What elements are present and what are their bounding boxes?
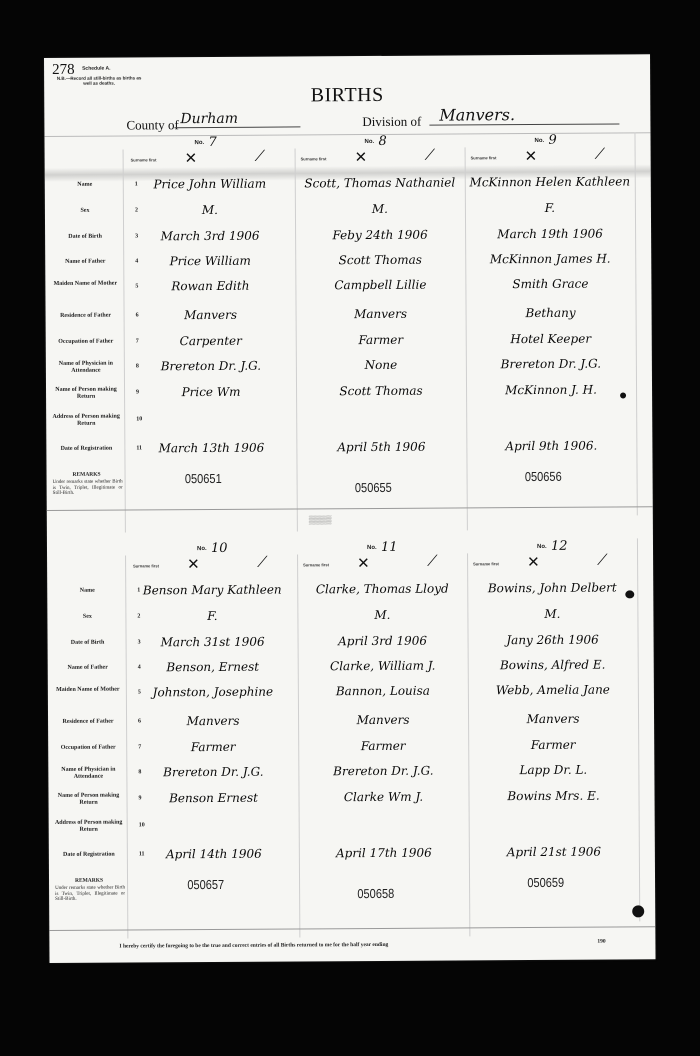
- record-occupation: Farmer: [128, 739, 298, 754]
- record-physician: Brereton Dr. J.G.: [298, 763, 468, 778]
- row-label: Name of Physician in Attendance: [50, 767, 126, 780]
- row-label: Maiden Name of Mother: [50, 687, 126, 694]
- record-father: McKinnon James H.: [465, 251, 635, 266]
- remarks-instructions: Under remarks state whether Birth is Twi…: [53, 480, 123, 497]
- record-informant: Bowins Mrs. E.: [468, 788, 638, 803]
- remarks-heading: REMARKS: [51, 878, 127, 884]
- register-page: 278 Schedule A. N.B.—Record all still-bi…: [44, 54, 656, 963]
- county-value: Durham: [174, 110, 300, 128]
- record-number: 12: [551, 539, 568, 554]
- record-name: Bowins, John Delbert: [467, 580, 637, 595]
- register-number: 050657: [187, 877, 224, 892]
- record-father: Benson, Ernest: [128, 659, 298, 674]
- record-registration-date: April 5th 1906: [296, 439, 466, 454]
- record-father: Clarke, William J.: [298, 658, 468, 673]
- record-name: Benson Mary Kathleen: [127, 582, 297, 597]
- record-no-label: No.: [197, 546, 207, 552]
- record-mother-maiden: Webb, Amelia Jane: [468, 682, 638, 697]
- records-block-top: Name1Sex2Date of Birth3Name of Father4Ma…: [44, 54, 650, 58]
- register-number: 050651: [185, 471, 222, 486]
- footer-page-ref: 190: [597, 939, 605, 945]
- still-birth-note: N.B.—Record all still-births as births a…: [54, 75, 144, 86]
- record-occupation: Carpenter: [126, 333, 296, 348]
- record-sex: M.: [467, 606, 637, 621]
- faint-stamp: ▒▒▒▒: [309, 515, 332, 524]
- check-x-mark: ✕: [527, 553, 540, 571]
- record-name: Price John William: [125, 176, 295, 191]
- check-x-mark: ✕: [185, 149, 198, 167]
- check-x-mark: ✕: [355, 148, 368, 166]
- surname-first-label: Surname first: [303, 562, 329, 567]
- column-rule: [637, 538, 640, 921]
- row-label: Residence of Father: [48, 313, 124, 320]
- record-occupation: Farmer: [298, 738, 468, 753]
- schedule-label: Schedule A.: [82, 66, 110, 72]
- record-registration-date: April 17th 1906: [299, 845, 469, 860]
- record-residence: Manvers: [298, 712, 468, 727]
- record-sex: M.: [125, 202, 295, 217]
- row-label: Address of Person making Return: [48, 414, 124, 427]
- surname-first-label: Surname first: [133, 563, 159, 568]
- ink-blot: [620, 392, 626, 398]
- row-label: Name: [49, 588, 125, 595]
- record-residence: Manvers: [126, 307, 296, 322]
- row-label: Name of Father: [50, 665, 126, 672]
- record-no-label: No.: [195, 140, 205, 146]
- record-date-of-birth: March 19th 1906: [465, 226, 635, 241]
- certification-statement: I hereby certify the foregoing to be the…: [119, 942, 388, 950]
- row-number: 10: [136, 416, 142, 422]
- register-number: 050659: [527, 875, 564, 890]
- record-informant: Price Wm: [126, 384, 296, 399]
- row-label: Date of Registration: [48, 446, 124, 453]
- record-sex: M.: [295, 201, 465, 216]
- row-label: Occupation of Father: [50, 745, 126, 752]
- row-label: Name of Person making Return: [50, 793, 126, 806]
- row-label: Maiden Name of Mother: [47, 281, 123, 288]
- record-date-of-birth: Feby 24th 1906: [295, 227, 465, 242]
- remarks-heading: REMARKS: [49, 472, 125, 478]
- surname-first-label: Surname first: [301, 156, 327, 161]
- record-registration-date: April 21st 1906: [469, 844, 639, 859]
- record-date-of-birth: April 3rd 1906: [298, 633, 468, 648]
- record-informant: McKinnon J. H.: [466, 382, 636, 397]
- surname-first-label: Surname first: [131, 157, 157, 162]
- county-label: County of: [126, 117, 178, 133]
- record-registration-date: March 13th 1906: [126, 440, 296, 455]
- record-informant-address: [126, 411, 296, 412]
- row-label: Name: [47, 182, 123, 189]
- record-father: Price William: [125, 253, 295, 268]
- surname-first-label: Surname first: [473, 561, 499, 566]
- check-x-mark: ✕: [187, 555, 200, 573]
- check-x-mark: ✕: [525, 147, 538, 165]
- record-sex: F.: [127, 608, 297, 623]
- record-informant-address: [299, 816, 469, 817]
- record-name: Clarke, Thomas Lloyd: [297, 581, 467, 596]
- division-value: Manvers.: [429, 104, 619, 125]
- row-label: Occupation of Father: [48, 339, 124, 346]
- row-label: Date of Registration: [51, 852, 127, 859]
- surname-first-label: Surname first: [471, 155, 497, 160]
- check-tick-mark: ⟋: [257, 553, 268, 571]
- record-no-label: No.: [367, 545, 377, 551]
- check-x-mark: ✕: [357, 554, 370, 572]
- record-informant: Scott Thomas: [296, 383, 466, 398]
- check-tick-mark: ⟋: [255, 147, 266, 165]
- row-label: Name of Father: [47, 259, 123, 266]
- row-label: Date of Birth: [50, 640, 126, 647]
- record-father: Bowins, Alfred E.: [468, 657, 638, 672]
- column-rule: [634, 132, 637, 515]
- footer-rule: [49, 926, 655, 931]
- record-physician: Brereton Dr. J.G.: [466, 356, 636, 371]
- block-divider: [47, 506, 653, 511]
- ink-blot: [625, 590, 634, 598]
- record-informant-address: [466, 409, 636, 410]
- records-block-bottom: Name1Sex2Date of Birth3Name of Father4Ma…: [44, 54, 650, 58]
- row-label: Name of Person making Return: [48, 387, 124, 400]
- record-no-label: No.: [534, 138, 544, 144]
- row-label: Date of Birth: [47, 234, 123, 241]
- check-tick-mark: ⟋: [425, 146, 436, 164]
- row-number: 10: [139, 822, 145, 828]
- record-sex: M.: [297, 607, 467, 622]
- check-tick-mark: ⟋: [595, 145, 606, 163]
- record-physician: Brereton Dr. J.G.: [128, 764, 298, 779]
- record-name: Scott, Thomas Nathaniel: [295, 175, 465, 190]
- record-occupation: Hotel Keeper: [466, 331, 636, 346]
- record-number: 11: [381, 540, 398, 555]
- record-mother-maiden: Bannon, Louisa: [298, 683, 468, 698]
- record-date-of-birth: March 31st 1906: [128, 634, 298, 649]
- remarks-instructions: Under remarks state whether Birth is Twi…: [55, 886, 125, 903]
- record-number: 10: [211, 541, 228, 556]
- row-label: Sex: [49, 614, 125, 621]
- record-father: Scott Thomas: [295, 252, 465, 267]
- record-occupation: Farmer: [468, 737, 638, 752]
- record-registration-date: April 9th 1906.: [466, 438, 636, 453]
- record-name: McKinnon Helen Kathleen: [465, 174, 635, 189]
- row-label: Name of Physician in Attendance: [48, 361, 124, 374]
- record-sex: F.: [465, 200, 635, 215]
- record-residence: Manvers: [296, 306, 466, 321]
- record-informant: Clarke Wm J.: [298, 789, 468, 804]
- record-mother-maiden: Smith Grace: [465, 276, 635, 291]
- record-informant-address: [469, 815, 639, 816]
- record-physician: Lapp Dr. L.: [468, 762, 638, 777]
- record-date-of-birth: March 3rd 1906: [125, 228, 295, 243]
- record-informant-address: [129, 817, 299, 818]
- row-label: Residence of Father: [50, 719, 126, 726]
- record-number: 7: [208, 135, 216, 150]
- row-label: Sex: [47, 208, 123, 215]
- record-informant-address: [296, 410, 466, 411]
- record-mother-maiden: Johnston, Josephine: [128, 684, 298, 699]
- register-number: 050655: [355, 480, 392, 495]
- ink-blot: [632, 905, 644, 917]
- record-registration-date: April 14th 1906: [129, 846, 299, 861]
- register-number: 050656: [525, 469, 562, 484]
- record-physician: None: [296, 357, 466, 372]
- record-residence: Manvers: [128, 713, 298, 728]
- record-residence: Manvers: [468, 711, 638, 726]
- record-mother-maiden: Rowan Edith: [125, 278, 295, 293]
- record-informant: Benson Ernest: [128, 790, 298, 805]
- record-residence: Bethany: [466, 305, 636, 320]
- record-date-of-birth: Jany 26th 1906: [468, 632, 638, 647]
- record-mother-maiden: Campbell Lillie: [295, 277, 465, 292]
- division-label: Division of: [362, 114, 421, 130]
- row-label: Address of Person making Return: [51, 820, 127, 833]
- record-physician: Brereton Dr. J.G.: [126, 358, 296, 373]
- record-no-label: No.: [537, 544, 547, 550]
- record-number: 8: [378, 134, 386, 149]
- record-occupation: Farmer: [296, 332, 466, 347]
- register-number: 050658: [357, 886, 394, 901]
- check-tick-mark: ⟋: [597, 551, 608, 569]
- record-no-label: No.: [365, 139, 375, 145]
- check-tick-mark: ⟋: [427, 552, 438, 570]
- record-number: 9: [548, 133, 556, 148]
